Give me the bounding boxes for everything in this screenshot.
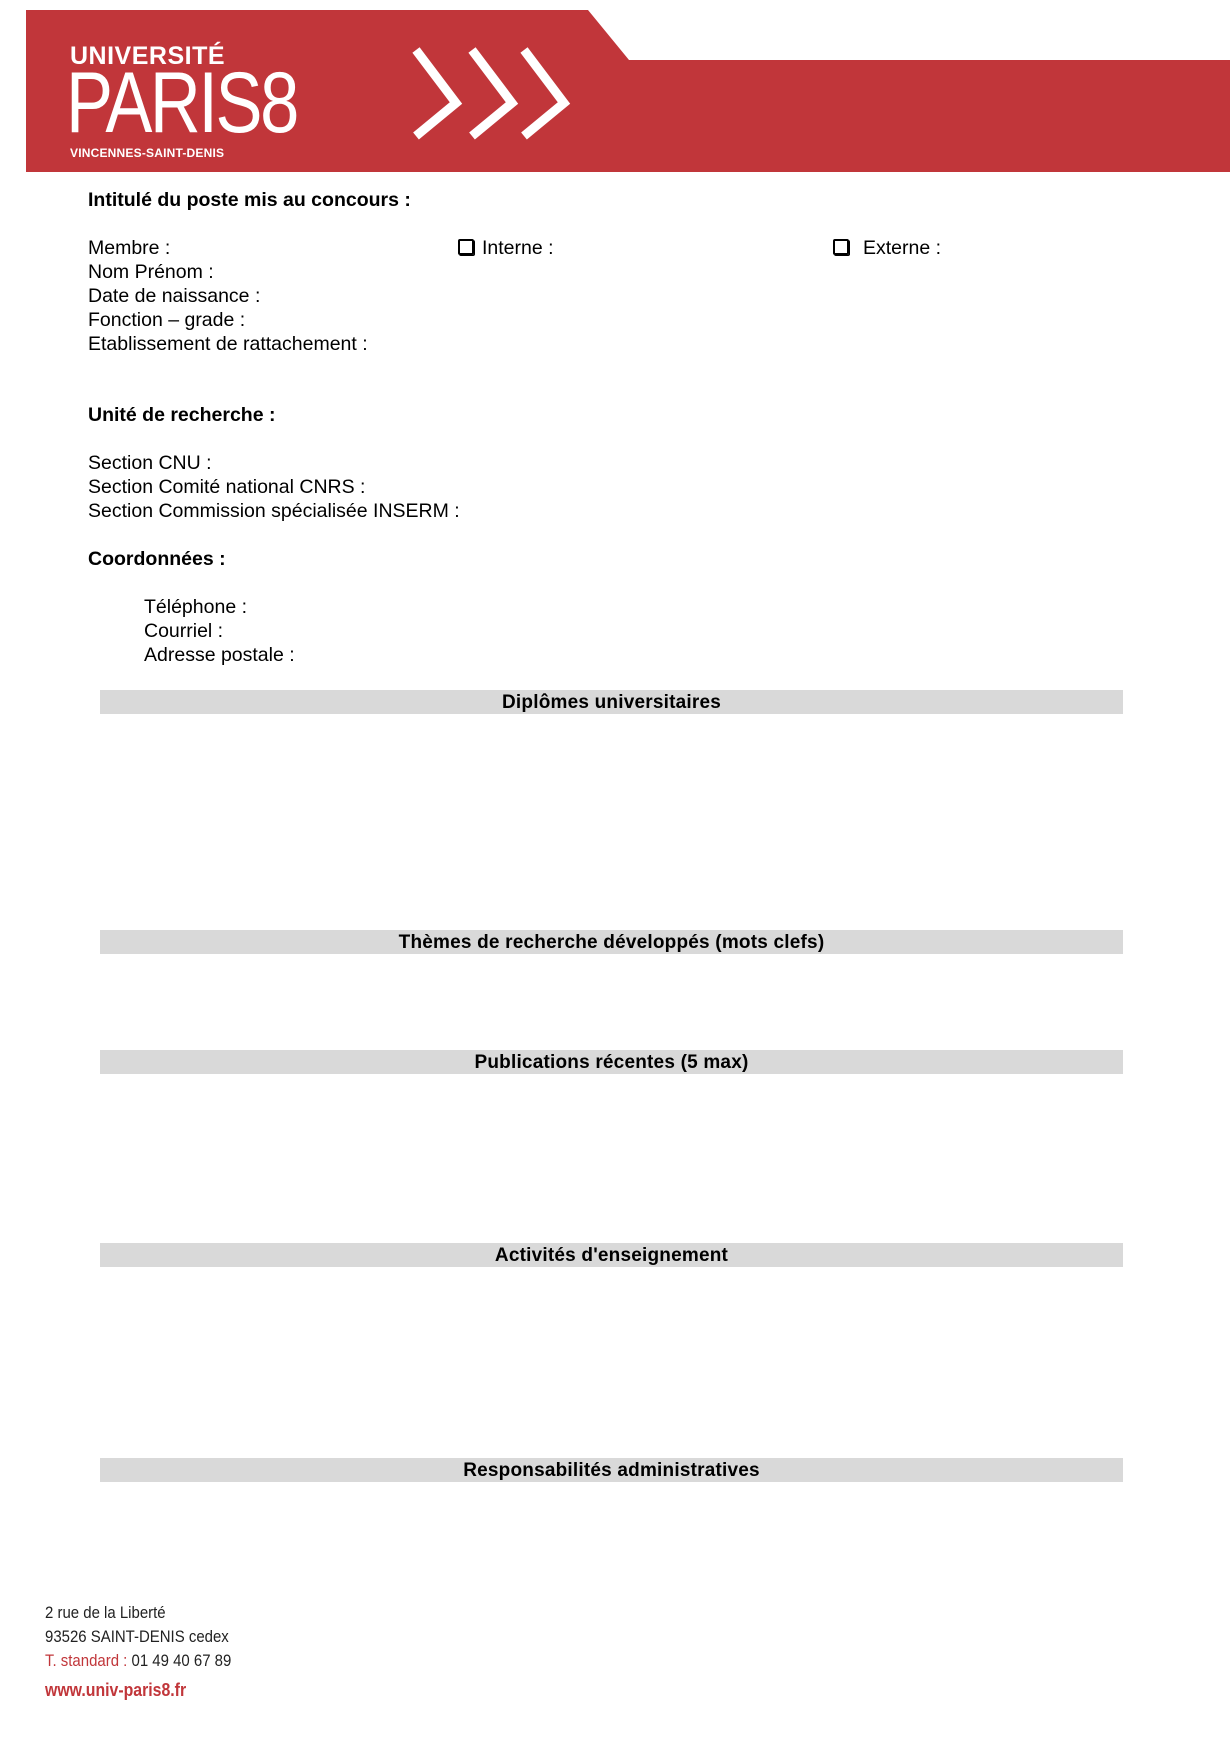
header-banner: UNIVERSITÉ PARIS8 VINCENNES-SAINT-DENIS [26, 10, 1230, 172]
section-diplomes: Diplômes universitaires [100, 690, 1123, 714]
form-title: Intitulé du poste mis au concours : [88, 188, 411, 212]
field-etablissement: Etablissement de rattachement : [88, 332, 368, 356]
field-telephone: Téléphone : [144, 595, 247, 619]
research-unit-title: Unité de recherche : [88, 403, 275, 427]
field-section-cnu: Section CNU : [88, 451, 212, 475]
field-section-inserm: Section Commission spécialisée INSERM : [88, 499, 460, 523]
contact-title: Coordonnées : [88, 547, 226, 571]
footer-phone: T. standard : 01 49 40 67 89 [45, 1649, 231, 1673]
member-option-interne[interactable]: Interne : [458, 236, 554, 260]
field-fonction-grade: Fonction – grade : [88, 308, 245, 332]
section-themes-recherche: Thèmes de recherche développés (mots cle… [100, 930, 1123, 954]
checkbox-externe[interactable] [833, 239, 849, 255]
member-label: Membre : [88, 236, 170, 260]
footer-phone-label: T. standard : [45, 1651, 127, 1670]
field-section-cnrs: Section Comité national CNRS : [88, 475, 365, 499]
member-option-externe[interactable]: Externe : [833, 236, 941, 260]
footer-address-line2: 93526 SAINT-DENIS cedex [45, 1625, 229, 1649]
checkbox-interne[interactable] [458, 239, 474, 255]
field-adresse-postale: Adresse postale : [144, 643, 295, 667]
logo-subtitle: VINCENNES-SAINT-DENIS [70, 146, 224, 160]
member-option-interne-label: Interne : [482, 237, 554, 259]
field-courriel: Courriel : [144, 619, 223, 643]
footer-website-link[interactable]: www.univ-paris8.fr [45, 1678, 186, 1702]
section-responsabilites: Responsabilités administratives [100, 1458, 1123, 1482]
section-enseignement: Activités d'enseignement [100, 1243, 1123, 1267]
footer-phone-number: 01 49 40 67 89 [132, 1651, 232, 1670]
logo-paris8: PARIS8 [66, 58, 297, 148]
section-publications: Publications récentes (5 max) [100, 1050, 1123, 1074]
field-nom-prenom: Nom Prénom : [88, 260, 214, 284]
footer-address-line1: 2 rue de la Liberté [45, 1601, 166, 1625]
member-option-externe-label: Externe : [863, 237, 941, 259]
field-date-naissance: Date de naissance : [88, 284, 260, 308]
